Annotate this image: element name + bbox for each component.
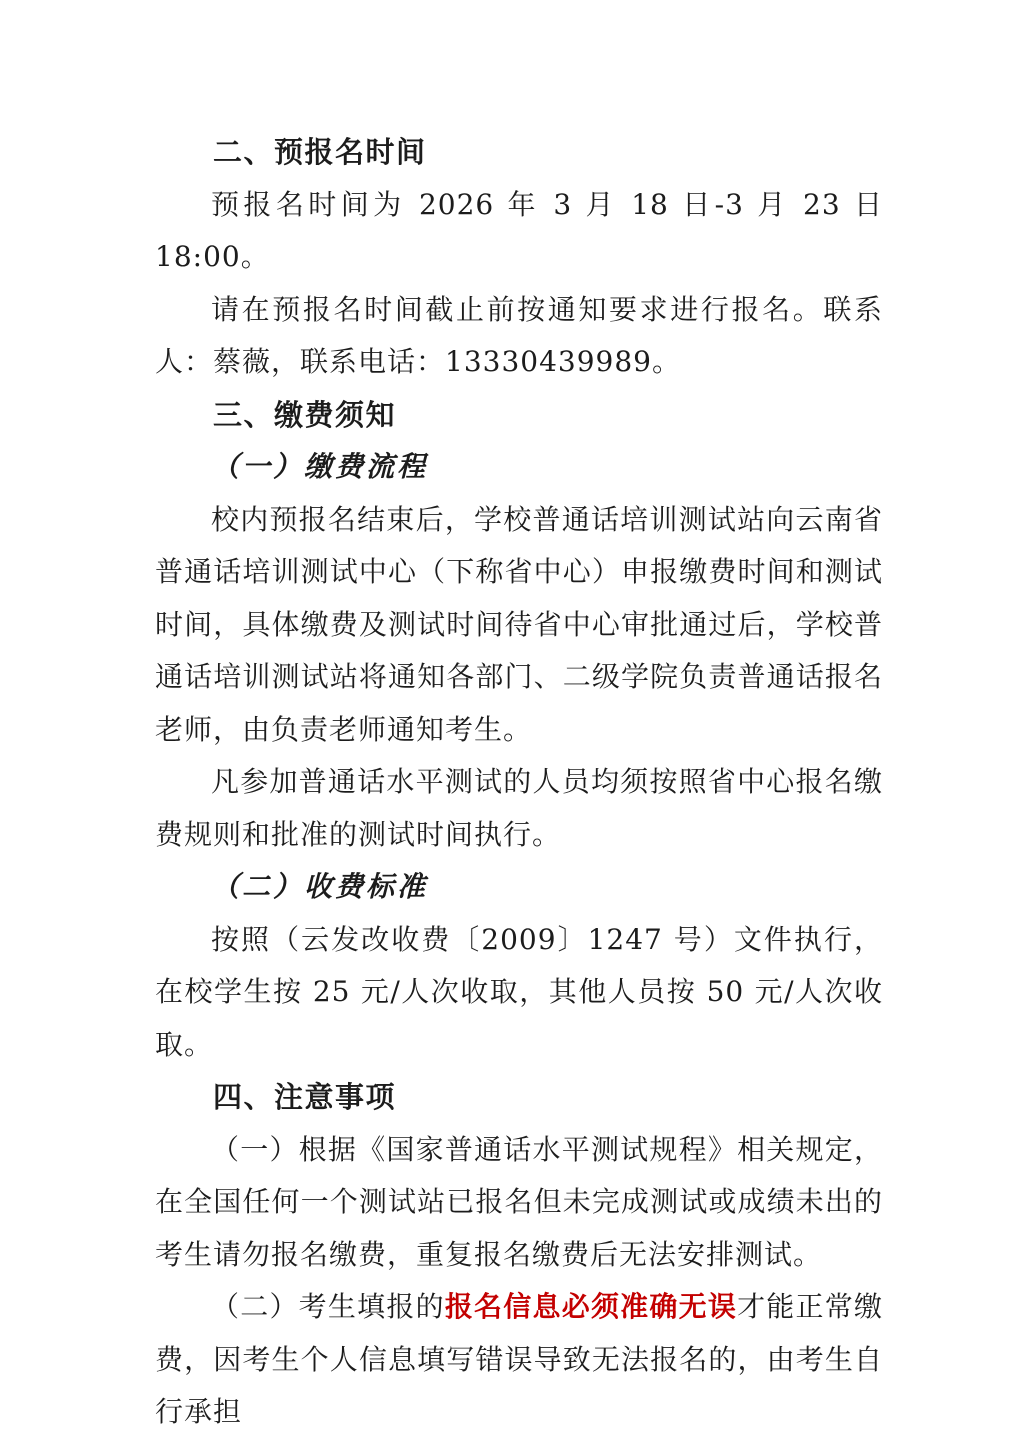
section-heading-2: 二、预报名时间 (155, 126, 883, 179)
paragraph-contact-info: 请在预报名时间截止前按通知要求进行报名。联系人：蔡薇，联系电话：13330439… (155, 284, 883, 389)
paragraph-payment-process: 校内预报名结束后，学校普通话培训测试站向云南省普通话培训测试中心（下称省中心）申… (155, 494, 883, 757)
sub-heading-fee-standard: （二）收费标准 (155, 861, 883, 914)
document-page: 二、预报名时间 预报名时间为 2026 年 3 月 18 日-3 月 23 日 … (0, 0, 1024, 1448)
sub-heading-payment-process: （一）缴费流程 (155, 441, 883, 494)
paragraph-payment-rule: 凡参加普通话水平测试的人员均须按照省中心报名缴费规则和批准的测试时间执行。 (155, 756, 883, 861)
paragraph-preregistration-time: 预报名时间为 2026 年 3 月 18 日-3 月 23 日 18:00。 (155, 179, 883, 284)
paragraph-notice-2-lead: （二）考生填报的 (211, 1290, 445, 1323)
paragraph-notice-2-emphasis: 报名信息必须准确无误 (445, 1290, 737, 1323)
section-heading-4: 四、注意事项 (155, 1071, 883, 1124)
section-heading-3: 三、缴费须知 (155, 389, 883, 442)
paragraph-notice-1: （一）根据《国家普通话水平测试规程》相关规定，在全国任何一个测试站已报名但未完成… (155, 1124, 883, 1282)
paragraph-notice-2: （二）考生填报的报名信息必须准确无误才能正常缴费，因考生个人信息填写错误导致无法… (155, 1281, 883, 1439)
paragraph-fee-standard: 按照（云发改收费〔2009〕1247 号）文件执行，在校学生按 25 元/人次收… (155, 914, 883, 1072)
document-content: 二、预报名时间 预报名时间为 2026 年 3 月 18 日-3 月 23 日 … (155, 126, 883, 1439)
